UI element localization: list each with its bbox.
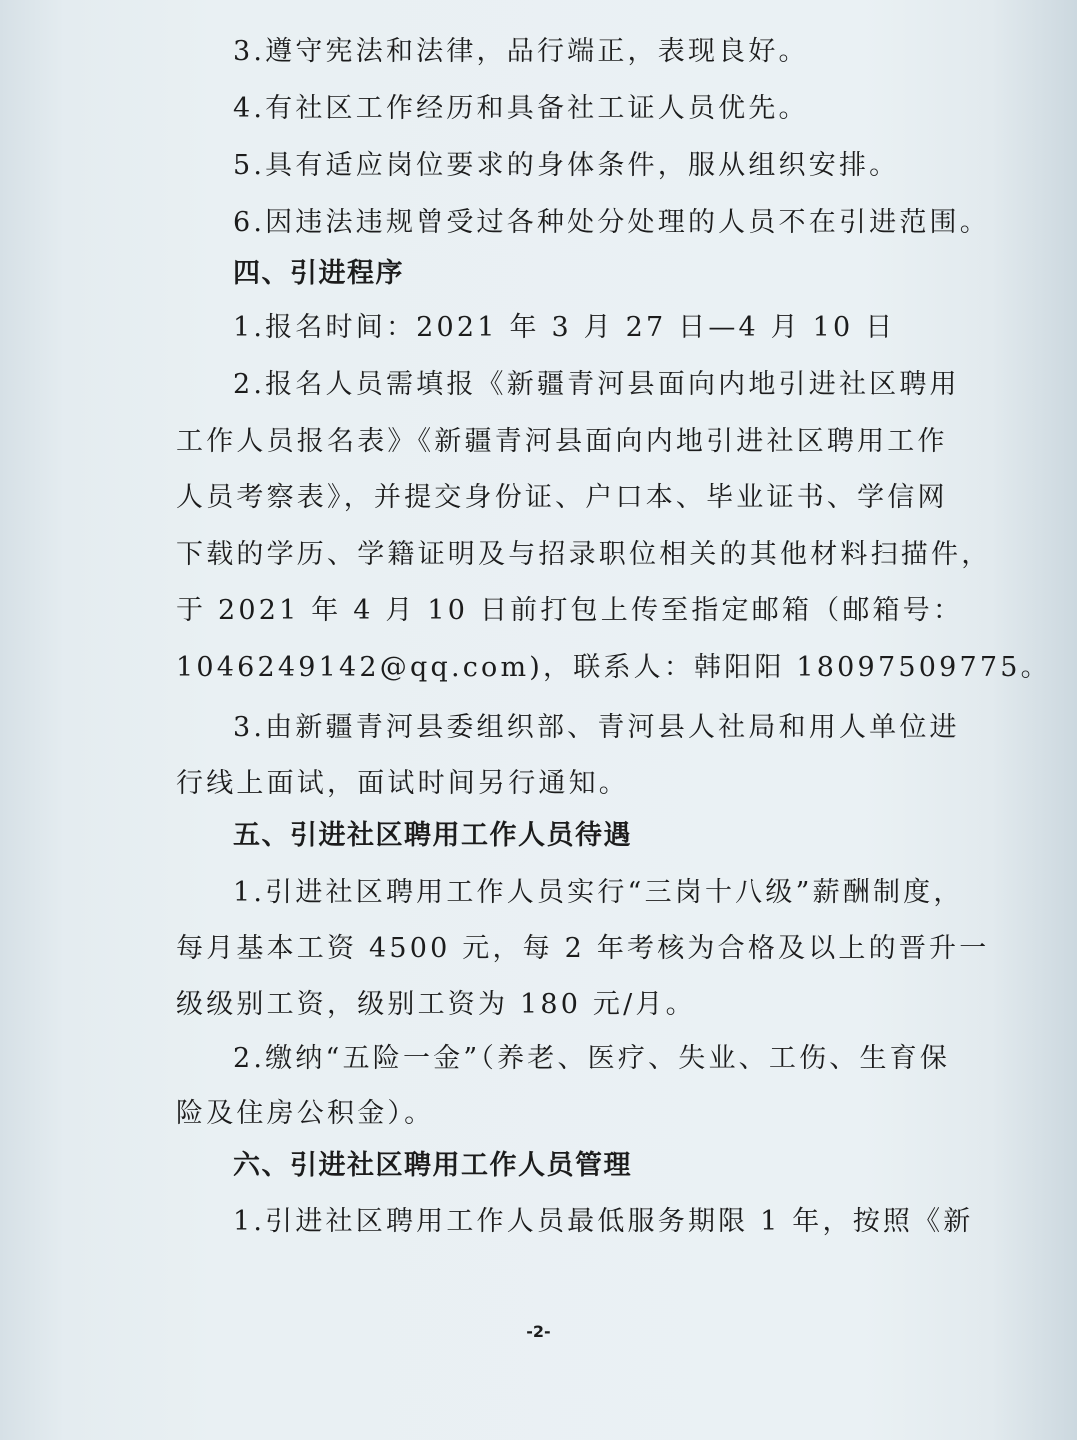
paragraph-line: 1.引进社区聘用工作人员最低服务期限 1 年，按照《新 <box>233 1205 993 1239</box>
paragraph-line: 每月基本工资 4500 元，每 2 年考核为合格及以上的晋升一 <box>176 932 936 966</box>
paragraph-line: 5.具有适应岗位要求的身体条件，服从组织安排。 <box>233 149 993 183</box>
paragraph-line: 于 2021 年 4 月 10 日前打包上传至指定邮箱（邮箱号： <box>176 594 936 628</box>
paragraph-line: 1046249142@qq.com)，联系人：韩阳阳 18097509775。 <box>176 651 936 685</box>
paragraph-line: 级级别工资，级别工资为 180 元/月。 <box>176 988 936 1022</box>
paragraph-line: 6.因违法违规曾受过各种处分处理的人员不在引进范围。 <box>233 206 993 240</box>
paragraph-line: 人员考察表》，并提交身份证、户口本、毕业证书、学信网 <box>176 481 936 515</box>
document-page: 3.遵守宪法和法律，品行端正，表现良好。4.有社区工作经历和具备社工证人员优先。… <box>0 0 1077 1440</box>
paragraph-line: 3.遵守宪法和法律，品行端正，表现良好。 <box>233 35 993 69</box>
section-heading: 五、引进社区聘用工作人员待遇 <box>233 819 993 853</box>
section-heading: 四、引进程序 <box>233 257 993 291</box>
paragraph-line: 4.有社区工作经历和具备社工证人员优先。 <box>233 92 993 126</box>
paragraph-line: 1.报名时间：2021 年 3 月 27 日—4 月 10 日 <box>233 311 993 345</box>
page-number: -2- <box>0 1322 1077 1341</box>
paragraph-line: 行线上面试，面试时间另行通知。 <box>176 767 936 801</box>
paragraph-line: 工作人员报名表》《新疆青河县面向内地引进社区聘用工作 <box>176 425 936 459</box>
paragraph-line: 2.缴纳“五险一金”（养老、医疗、失业、工伤、生育保 <box>233 1042 993 1076</box>
paragraph-line: 1.引进社区聘用工作人员实行“三岗十八级”薪酬制度， <box>233 876 993 910</box>
paragraph-line: 3.由新疆青河县委组织部、青河县人社局和用人单位进 <box>233 711 993 745</box>
section-heading: 六、引进社区聘用工作人员管理 <box>233 1149 993 1183</box>
paragraph-line: 下载的学历、学籍证明及与招录职位相关的其他材料扫描件， <box>176 538 936 572</box>
paragraph-line: 2.报名人员需填报《新疆青河县面向内地引进社区聘用 <box>233 368 993 402</box>
paragraph-line: 险及住房公积金）。 <box>176 1097 936 1131</box>
